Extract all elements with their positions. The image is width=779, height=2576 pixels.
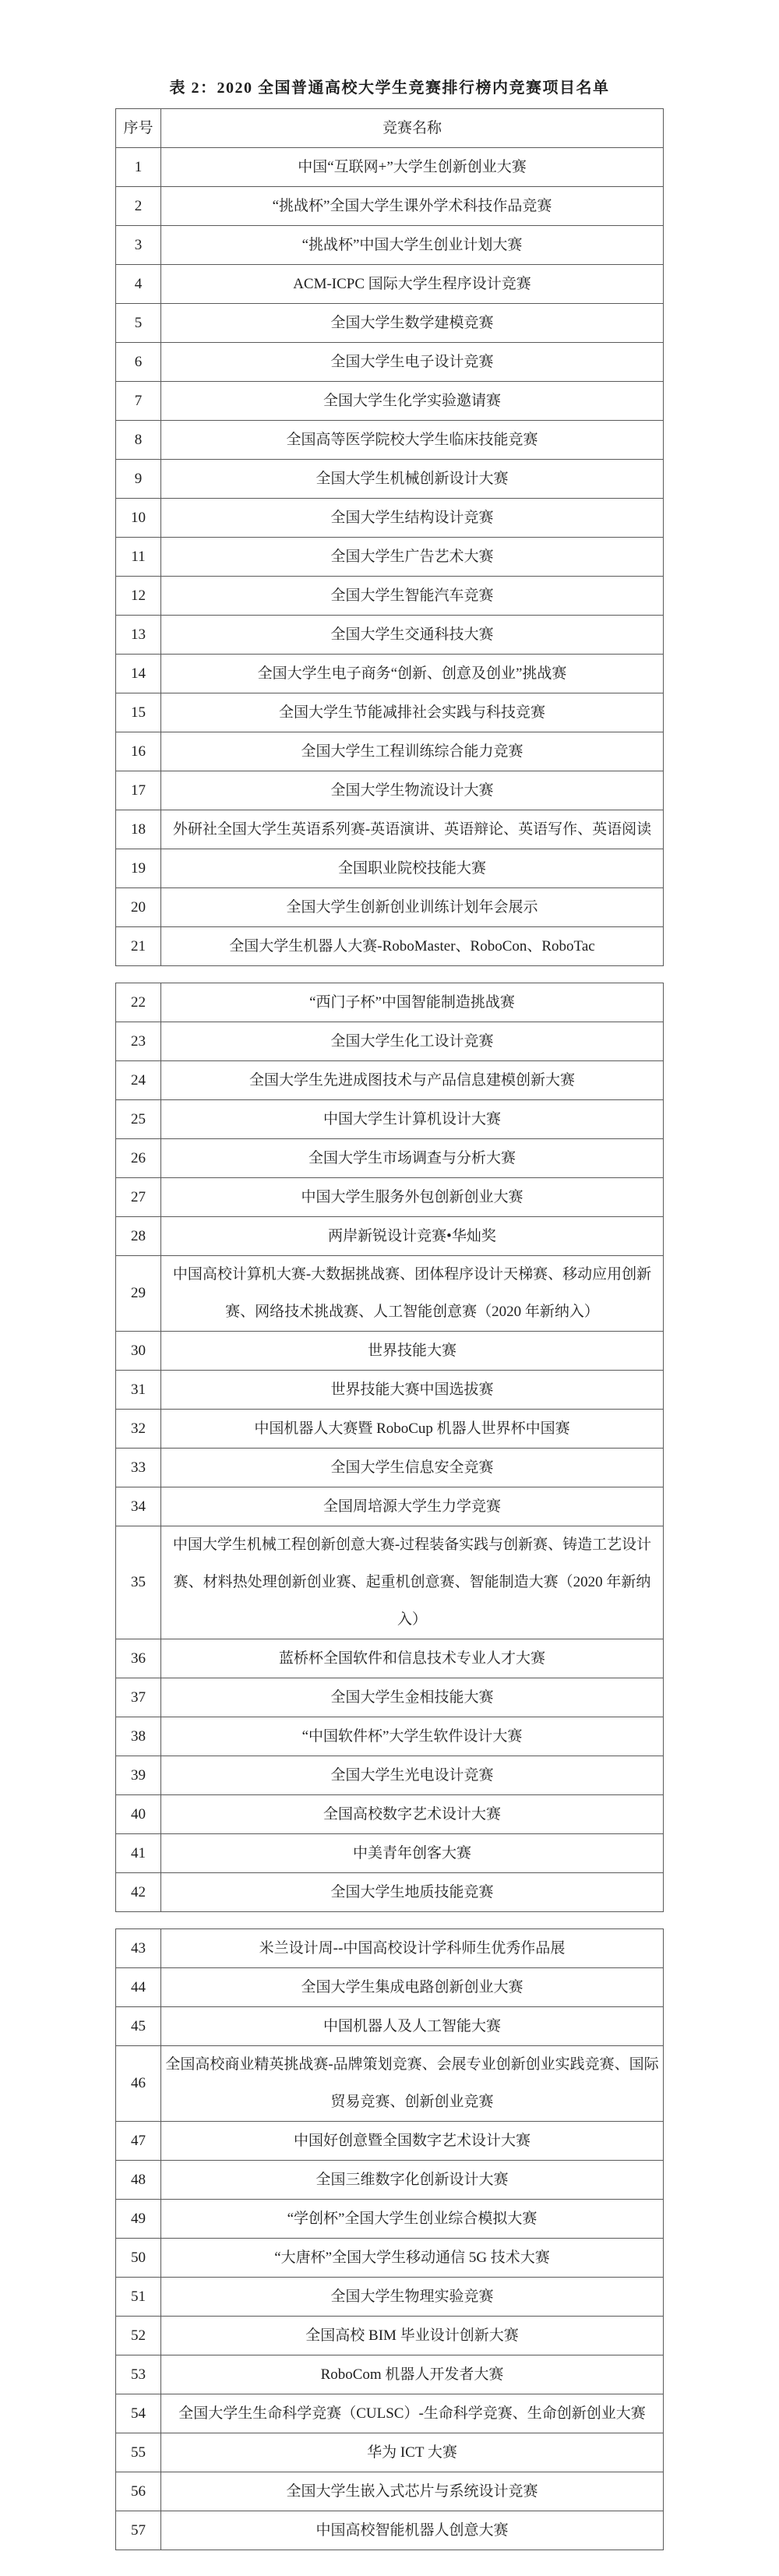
competition-name-cell: 中美青年创客大赛	[161, 1834, 664, 1873]
competition-name-cell: 全国大学生化学实验邀请赛	[161, 382, 664, 421]
competition-name-cell: 全国大学生电子商务“创新、创意及创业”挑战赛	[161, 655, 664, 693]
row-index-cell: 22	[116, 983, 161, 1022]
table-row: 54全国大学生生命科学竞赛（CULSC）-生命科学竞赛、生命创新创业大赛	[116, 2394, 664, 2433]
row-index-cell: 47	[116, 2122, 161, 2161]
row-index-cell: 18	[116, 810, 161, 849]
row-index-cell: 3	[116, 226, 161, 265]
table-row: 1中国“互联网+”大学生创新创业大赛	[116, 148, 664, 187]
row-index-cell: 30	[116, 1332, 161, 1371]
competition-name-cell: 全国大学生信息安全竞赛	[161, 1449, 664, 1487]
competition-name-cell: 世界技能大赛	[161, 1332, 664, 1371]
competition-name-cell: 全国大学生嵌入式芯片与系统设计竞赛	[161, 2472, 664, 2511]
row-index-cell: 16	[116, 732, 161, 771]
competition-name-cell: 全国大学生机器人大赛-RoboMaster、RoboCon、RoboTac	[161, 927, 664, 966]
table-row: 38“中国软件杯”大学生软件设计大赛	[116, 1717, 664, 1756]
row-index-cell: 11	[116, 538, 161, 577]
table-row: 56全国大学生嵌入式芯片与系统设计竞赛	[116, 2472, 664, 2511]
row-index-cell: 19	[116, 849, 161, 888]
competition-name-cell: 全国高等医学院校大学生临床技能竞赛	[161, 421, 664, 460]
competition-name-cell: 中国高校计算机大赛-大数据挑战赛、团体程序设计天梯赛、移动应用创新赛、网络技术挑…	[161, 1256, 664, 1332]
row-index-cell: 43	[116, 1929, 161, 1968]
table-row: 25中国大学生计算机设计大赛	[116, 1100, 664, 1139]
row-index-cell: 14	[116, 655, 161, 693]
competition-name-cell: 中国大学生机械工程创新创意大赛-过程装备实践与创新赛、铸造工艺设计赛、材料热处理…	[161, 1526, 664, 1639]
table-row: 22“西门子杯”中国智能制造挑战赛	[116, 983, 664, 1022]
table-row: 32中国机器人大赛暨 RoboCup 机器人世界杯中国赛	[116, 1410, 664, 1449]
row-index-cell: 57	[116, 2511, 161, 2550]
row-index-cell: 54	[116, 2394, 161, 2433]
competition-name-cell: 全国职业院校技能大赛	[161, 849, 664, 888]
competition-name-cell: 全国大学生物理实验竞赛	[161, 2278, 664, 2317]
header-name-cell: 竞赛名称	[161, 109, 664, 148]
table-row: 2“挑战杯”全国大学生课外学术科技作品竞赛	[116, 187, 664, 226]
competition-name-cell: 中国机器人及人工智能大赛	[161, 2007, 664, 2046]
competition-name-cell: 全国大学生先进成图技术与产品信息建模创新大赛	[161, 1061, 664, 1100]
competition-name-cell: 全国大学生生命科学竞赛（CULSC）-生命科学竞赛、生命创新创业大赛	[161, 2394, 664, 2433]
table-row: 49“学创杯”全国大学生创业综合模拟大赛	[116, 2200, 664, 2239]
row-index-cell: 37	[116, 1678, 161, 1717]
table-row: 44全国大学生集成电路创新创业大赛	[116, 1968, 664, 2007]
row-index-cell: 5	[116, 304, 161, 343]
row-index-cell: 39	[116, 1756, 161, 1795]
table-row: 47中国好创意暨全国数字艺术设计大赛	[116, 2122, 664, 2161]
competition-name-cell: “学创杯”全国大学生创业综合模拟大赛	[161, 2200, 664, 2239]
row-index-cell: 7	[116, 382, 161, 421]
competition-name-cell: 中国大学生计算机设计大赛	[161, 1100, 664, 1139]
competition-name-cell: 中国好创意暨全国数字艺术设计大赛	[161, 2122, 664, 2161]
row-index-cell: 23	[116, 1022, 161, 1061]
competition-name-cell: 全国大学生集成电路创新创业大赛	[161, 1968, 664, 2007]
competition-name-cell: 全国三维数字化创新设计大赛	[161, 2161, 664, 2200]
table-row: 46全国高校商业精英挑战赛-品牌策划竞赛、会展专业创新创业实践竞赛、国际贸易竞赛…	[116, 2046, 664, 2122]
row-index-cell: 28	[116, 1217, 161, 1256]
competition-name-cell: 全国大学生光电设计竞赛	[161, 1756, 664, 1795]
competition-name-cell: 全国大学生地质技能竞赛	[161, 1873, 664, 1912]
row-index-cell: 27	[116, 1178, 161, 1217]
competition-name-cell: 中国机器人大赛暨 RoboCup 机器人世界杯中国赛	[161, 1410, 664, 1449]
row-index-cell: 49	[116, 2200, 161, 2239]
competition-name-cell: 全国高校数字艺术设计大赛	[161, 1795, 664, 1834]
table-row: 18外研社全国大学生英语系列赛-英语演讲、英语辩论、英语写作、英语阅读	[116, 810, 664, 849]
row-index-cell: 1	[116, 148, 161, 187]
competition-name-cell: 中国大学生服务外包创新创业大赛	[161, 1178, 664, 1217]
competition-name-cell: 全国高校商业精英挑战赛-品牌策划竞赛、会展专业创新创业实践竞赛、国际贸易竞赛、创…	[161, 2046, 664, 2122]
competition-name-cell: 全国大学生机械创新设计大赛	[161, 460, 664, 499]
table-row: 33全国大学生信息安全竞赛	[116, 1449, 664, 1487]
competition-name-cell: 全国大学生市场调查与分析大赛	[161, 1139, 664, 1178]
competition-name-cell: RoboCom 机器人开发者大赛	[161, 2355, 664, 2394]
table-row: 23全国大学生化工设计竞赛	[116, 1022, 664, 1061]
row-index-cell: 4	[116, 265, 161, 304]
table-row: 6全国大学生电子设计竞赛	[116, 343, 664, 382]
row-index-cell: 56	[116, 2472, 161, 2511]
row-index-cell: 9	[116, 460, 161, 499]
table-row: 39全国大学生光电设计竞赛	[116, 1756, 664, 1795]
row-index-cell: 46	[116, 2046, 161, 2122]
table-row: 26全国大学生市场调查与分析大赛	[116, 1139, 664, 1178]
row-index-cell: 38	[116, 1717, 161, 1756]
tables-container: 序号竞赛名称1中国“互联网+”大学生创新创业大赛2“挑战杯”全国大学生课外学术科…	[115, 108, 664, 2550]
table-row: 52全国高校 BIM 毕业设计创新大赛	[116, 2317, 664, 2355]
table-row: 11全国大学生广告艺术大赛	[116, 538, 664, 577]
row-index-cell: 33	[116, 1449, 161, 1487]
row-index-cell: 41	[116, 1834, 161, 1873]
row-index-cell: 32	[116, 1410, 161, 1449]
table-row: 20全国大学生创新创业训练计划年会展示	[116, 888, 664, 927]
competition-name-cell: ACM-ICPC 国际大学生程序设计竞赛	[161, 265, 664, 304]
row-index-cell: 50	[116, 2239, 161, 2278]
table-row: 14全国大学生电子商务“创新、创意及创业”挑战赛	[116, 655, 664, 693]
competition-name-cell: “大唐杯”全国大学生移动通信 5G 技术大赛	[161, 2239, 664, 2278]
competition-name-cell: 外研社全国大学生英语系列赛-英语演讲、英语辩论、英语写作、英语阅读	[161, 810, 664, 849]
row-index-cell: 29	[116, 1256, 161, 1332]
competition-name-cell: 全国大学生智能汽车竞赛	[161, 577, 664, 616]
table-row: 17全国大学生物流设计大赛	[116, 771, 664, 810]
competition-name-cell: “挑战杯”中国大学生创业计划大赛	[161, 226, 664, 265]
table-row: 4ACM-ICPC 国际大学生程序设计竞赛	[116, 265, 664, 304]
row-index-cell: 8	[116, 421, 161, 460]
competition-name-cell: 米兰设计周--中国高校设计学科师生优秀作品展	[161, 1929, 664, 1968]
row-index-cell: 12	[116, 577, 161, 616]
table-row: 37全国大学生金相技能大赛	[116, 1678, 664, 1717]
competition-name-cell: “中国软件杯”大学生软件设计大赛	[161, 1717, 664, 1756]
table-row: 51全国大学生物理实验竞赛	[116, 2278, 664, 2317]
row-index-cell: 10	[116, 499, 161, 538]
table-row: 7全国大学生化学实验邀请赛	[116, 382, 664, 421]
table-row: 12全国大学生智能汽车竞赛	[116, 577, 664, 616]
table-row: 13全国大学生交通科技大赛	[116, 616, 664, 655]
table-row: 57中国高校智能机器人创意大赛	[116, 2511, 664, 2550]
table-row: 55华为 ICT 大赛	[116, 2433, 664, 2472]
table-row: 24全国大学生先进成图技术与产品信息建模创新大赛	[116, 1061, 664, 1100]
header-row: 序号竞赛名称	[116, 109, 664, 148]
row-index-cell: 51	[116, 2278, 161, 2317]
row-index-cell: 40	[116, 1795, 161, 1834]
table-row: 30世界技能大赛	[116, 1332, 664, 1371]
row-index-cell: 31	[116, 1371, 161, 1410]
table-row: 3“挑战杯”中国大学生创业计划大赛	[116, 226, 664, 265]
table-row: 35中国大学生机械工程创新创意大赛-过程装备实践与创新赛、铸造工艺设计赛、材料热…	[116, 1526, 664, 1639]
table-row: 28两岸新锐设计竞赛•华灿奖	[116, 1217, 664, 1256]
table-row: 50“大唐杯”全国大学生移动通信 5G 技术大赛	[116, 2239, 664, 2278]
competition-name-cell: 全国大学生结构设计竞赛	[161, 499, 664, 538]
competition-name-cell: 全国大学生广告艺术大赛	[161, 538, 664, 577]
table-row: 36蓝桥杯全国软件和信息技术专业人才大赛	[116, 1639, 664, 1678]
row-index-cell: 45	[116, 2007, 161, 2046]
competition-name-cell: 全国大学生化工设计竞赛	[161, 1022, 664, 1061]
row-index-cell: 24	[116, 1061, 161, 1100]
row-index-cell: 44	[116, 1968, 161, 2007]
table-row: 29中国高校计算机大赛-大数据挑战赛、团体程序设计天梯赛、移动应用创新赛、网络技…	[116, 1256, 664, 1332]
competition-name-cell: 全国大学生交通科技大赛	[161, 616, 664, 655]
table-row: 48全国三维数字化创新设计大赛	[116, 2161, 664, 2200]
competition-name-cell: 中国高校智能机器人创意大赛	[161, 2511, 664, 2550]
competition-name-cell: 全国大学生工程训练综合能力竞赛	[161, 732, 664, 771]
row-index-cell: 13	[116, 616, 161, 655]
table-row: 27中国大学生服务外包创新创业大赛	[116, 1178, 664, 1217]
row-index-cell: 21	[116, 927, 161, 966]
table-row: 40全国高校数字艺术设计大赛	[116, 1795, 664, 1834]
row-index-cell: 42	[116, 1873, 161, 1912]
table-row: 5全国大学生数学建模竞赛	[116, 304, 664, 343]
row-index-cell: 25	[116, 1100, 161, 1139]
competition-name-cell: 蓝桥杯全国软件和信息技术专业人才大赛	[161, 1639, 664, 1678]
table-row: 43米兰设计周--中国高校设计学科师生优秀作品展	[116, 1929, 664, 1968]
competition-name-cell: 全国大学生物流设计大赛	[161, 771, 664, 810]
competition-table-section: 22“西门子杯”中国智能制造挑战赛23全国大学生化工设计竞赛24全国大学生先进成…	[115, 983, 664, 1912]
header-index-cell: 序号	[116, 109, 161, 148]
competition-name-cell: 全国大学生电子设计竞赛	[161, 343, 664, 382]
row-index-cell: 2	[116, 187, 161, 226]
competition-name-cell: 全国高校 BIM 毕业设计创新大赛	[161, 2317, 664, 2355]
competition-name-cell: 世界技能大赛中国选拔赛	[161, 1371, 664, 1410]
row-index-cell: 20	[116, 888, 161, 927]
table-row: 19全国职业院校技能大赛	[116, 849, 664, 888]
competition-name-cell: 中国“互联网+”大学生创新创业大赛	[161, 148, 664, 187]
table-row: 34全国周培源大学生力学竞赛	[116, 1487, 664, 1526]
table-row: 10全国大学生结构设计竞赛	[116, 499, 664, 538]
competition-name-cell: 全国大学生节能减排社会实践与科技竞赛	[161, 693, 664, 732]
table-row: 16全国大学生工程训练综合能力竞赛	[116, 732, 664, 771]
row-index-cell: 53	[116, 2355, 161, 2394]
table-row: 53RoboCom 机器人开发者大赛	[116, 2355, 664, 2394]
row-index-cell: 52	[116, 2317, 161, 2355]
row-index-cell: 17	[116, 771, 161, 810]
table-row: 21全国大学生机器人大赛-RoboMaster、RoboCon、RoboTac	[116, 927, 664, 966]
competition-name-cell: 全国大学生数学建模竞赛	[161, 304, 664, 343]
table-row: 31世界技能大赛中国选拔赛	[116, 1371, 664, 1410]
row-index-cell: 26	[116, 1139, 161, 1178]
table-row: 8全国高等医学院校大学生临床技能竞赛	[116, 421, 664, 460]
competition-name-cell: 华为 ICT 大赛	[161, 2433, 664, 2472]
row-index-cell: 35	[116, 1526, 161, 1639]
page-title: 表 2：2020 全国普通高校大学生竞赛排行榜内竞赛项目名单	[0, 0, 779, 97]
row-index-cell: 15	[116, 693, 161, 732]
competition-name-cell: “西门子杯”中国智能制造挑战赛	[161, 983, 664, 1022]
competition-name-cell: 全国周培源大学生力学竞赛	[161, 1487, 664, 1526]
table-row: 9全国大学生机械创新设计大赛	[116, 460, 664, 499]
table-row: 42全国大学生地质技能竞赛	[116, 1873, 664, 1912]
competition-table-section: 43米兰设计周--中国高校设计学科师生优秀作品展44全国大学生集成电路创新创业大…	[115, 1928, 664, 2550]
row-index-cell: 36	[116, 1639, 161, 1678]
table-row: 45中国机器人及人工智能大赛	[116, 2007, 664, 2046]
table-row: 41中美青年创客大赛	[116, 1834, 664, 1873]
row-index-cell: 48	[116, 2161, 161, 2200]
competition-name-cell: 全国大学生创新创业训练计划年会展示	[161, 888, 664, 927]
table-row: 15全国大学生节能减排社会实践与科技竞赛	[116, 693, 664, 732]
competition-name-cell: “挑战杯”全国大学生课外学术科技作品竞赛	[161, 187, 664, 226]
row-index-cell: 55	[116, 2433, 161, 2472]
competition-table-section: 序号竞赛名称1中国“互联网+”大学生创新创业大赛2“挑战杯”全国大学生课外学术科…	[115, 108, 664, 966]
competition-name-cell: 全国大学生金相技能大赛	[161, 1678, 664, 1717]
row-index-cell: 34	[116, 1487, 161, 1526]
row-index-cell: 6	[116, 343, 161, 382]
competition-name-cell: 两岸新锐设计竞赛•华灿奖	[161, 1217, 664, 1256]
